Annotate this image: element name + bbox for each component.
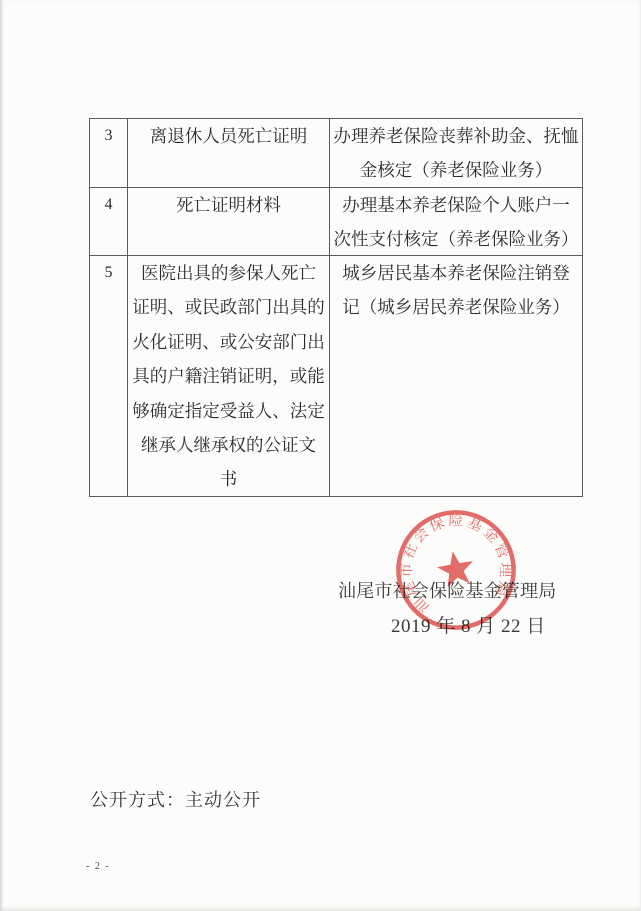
document-page: 3 离退休人员死亡证明 办理养老保险丧葬补助金、抚恤 金核定（养老保险业务） 4… — [0, 0, 641, 911]
table-cell-material: 死亡证明材料 — [128, 188, 330, 256]
disclosure-method: 公开方式：主动公开 — [90, 786, 261, 812]
table-cell-purpose: 城乡居民基本养老保险注销登 记（城乡居民养老保险业务） — [330, 256, 582, 496]
page-number: - 2 - — [86, 861, 110, 872]
table-cell-purpose: 办理养老保险丧葬补助金、抚恤 金核定（养老保险业务） — [330, 119, 582, 188]
star-icon — [435, 548, 477, 589]
table-cell-material: 医院出具的参保人死亡 证明、或民政部门出具的 火化证明、或公安部门出 具的户籍注… — [128, 256, 330, 496]
materials-table: 3 离退休人员死亡证明 办理养老保险丧葬补助金、抚恤 金核定（养老保险业务） 4… — [89, 118, 583, 497]
table-cell-purpose: 办理基本养老保险个人账户一 次性支付核定（养老保险业务） — [330, 188, 582, 256]
table-cell-row-number: 4 — [90, 188, 128, 256]
table-cell-material: 离退休人员死亡证明 — [128, 119, 330, 188]
table-cell-row-number: 5 — [90, 256, 128, 496]
table-cell-row-number: 3 — [90, 119, 128, 188]
official-seal-stamp: 汕尾市社会保险基金管理局 — [382, 496, 530, 644]
